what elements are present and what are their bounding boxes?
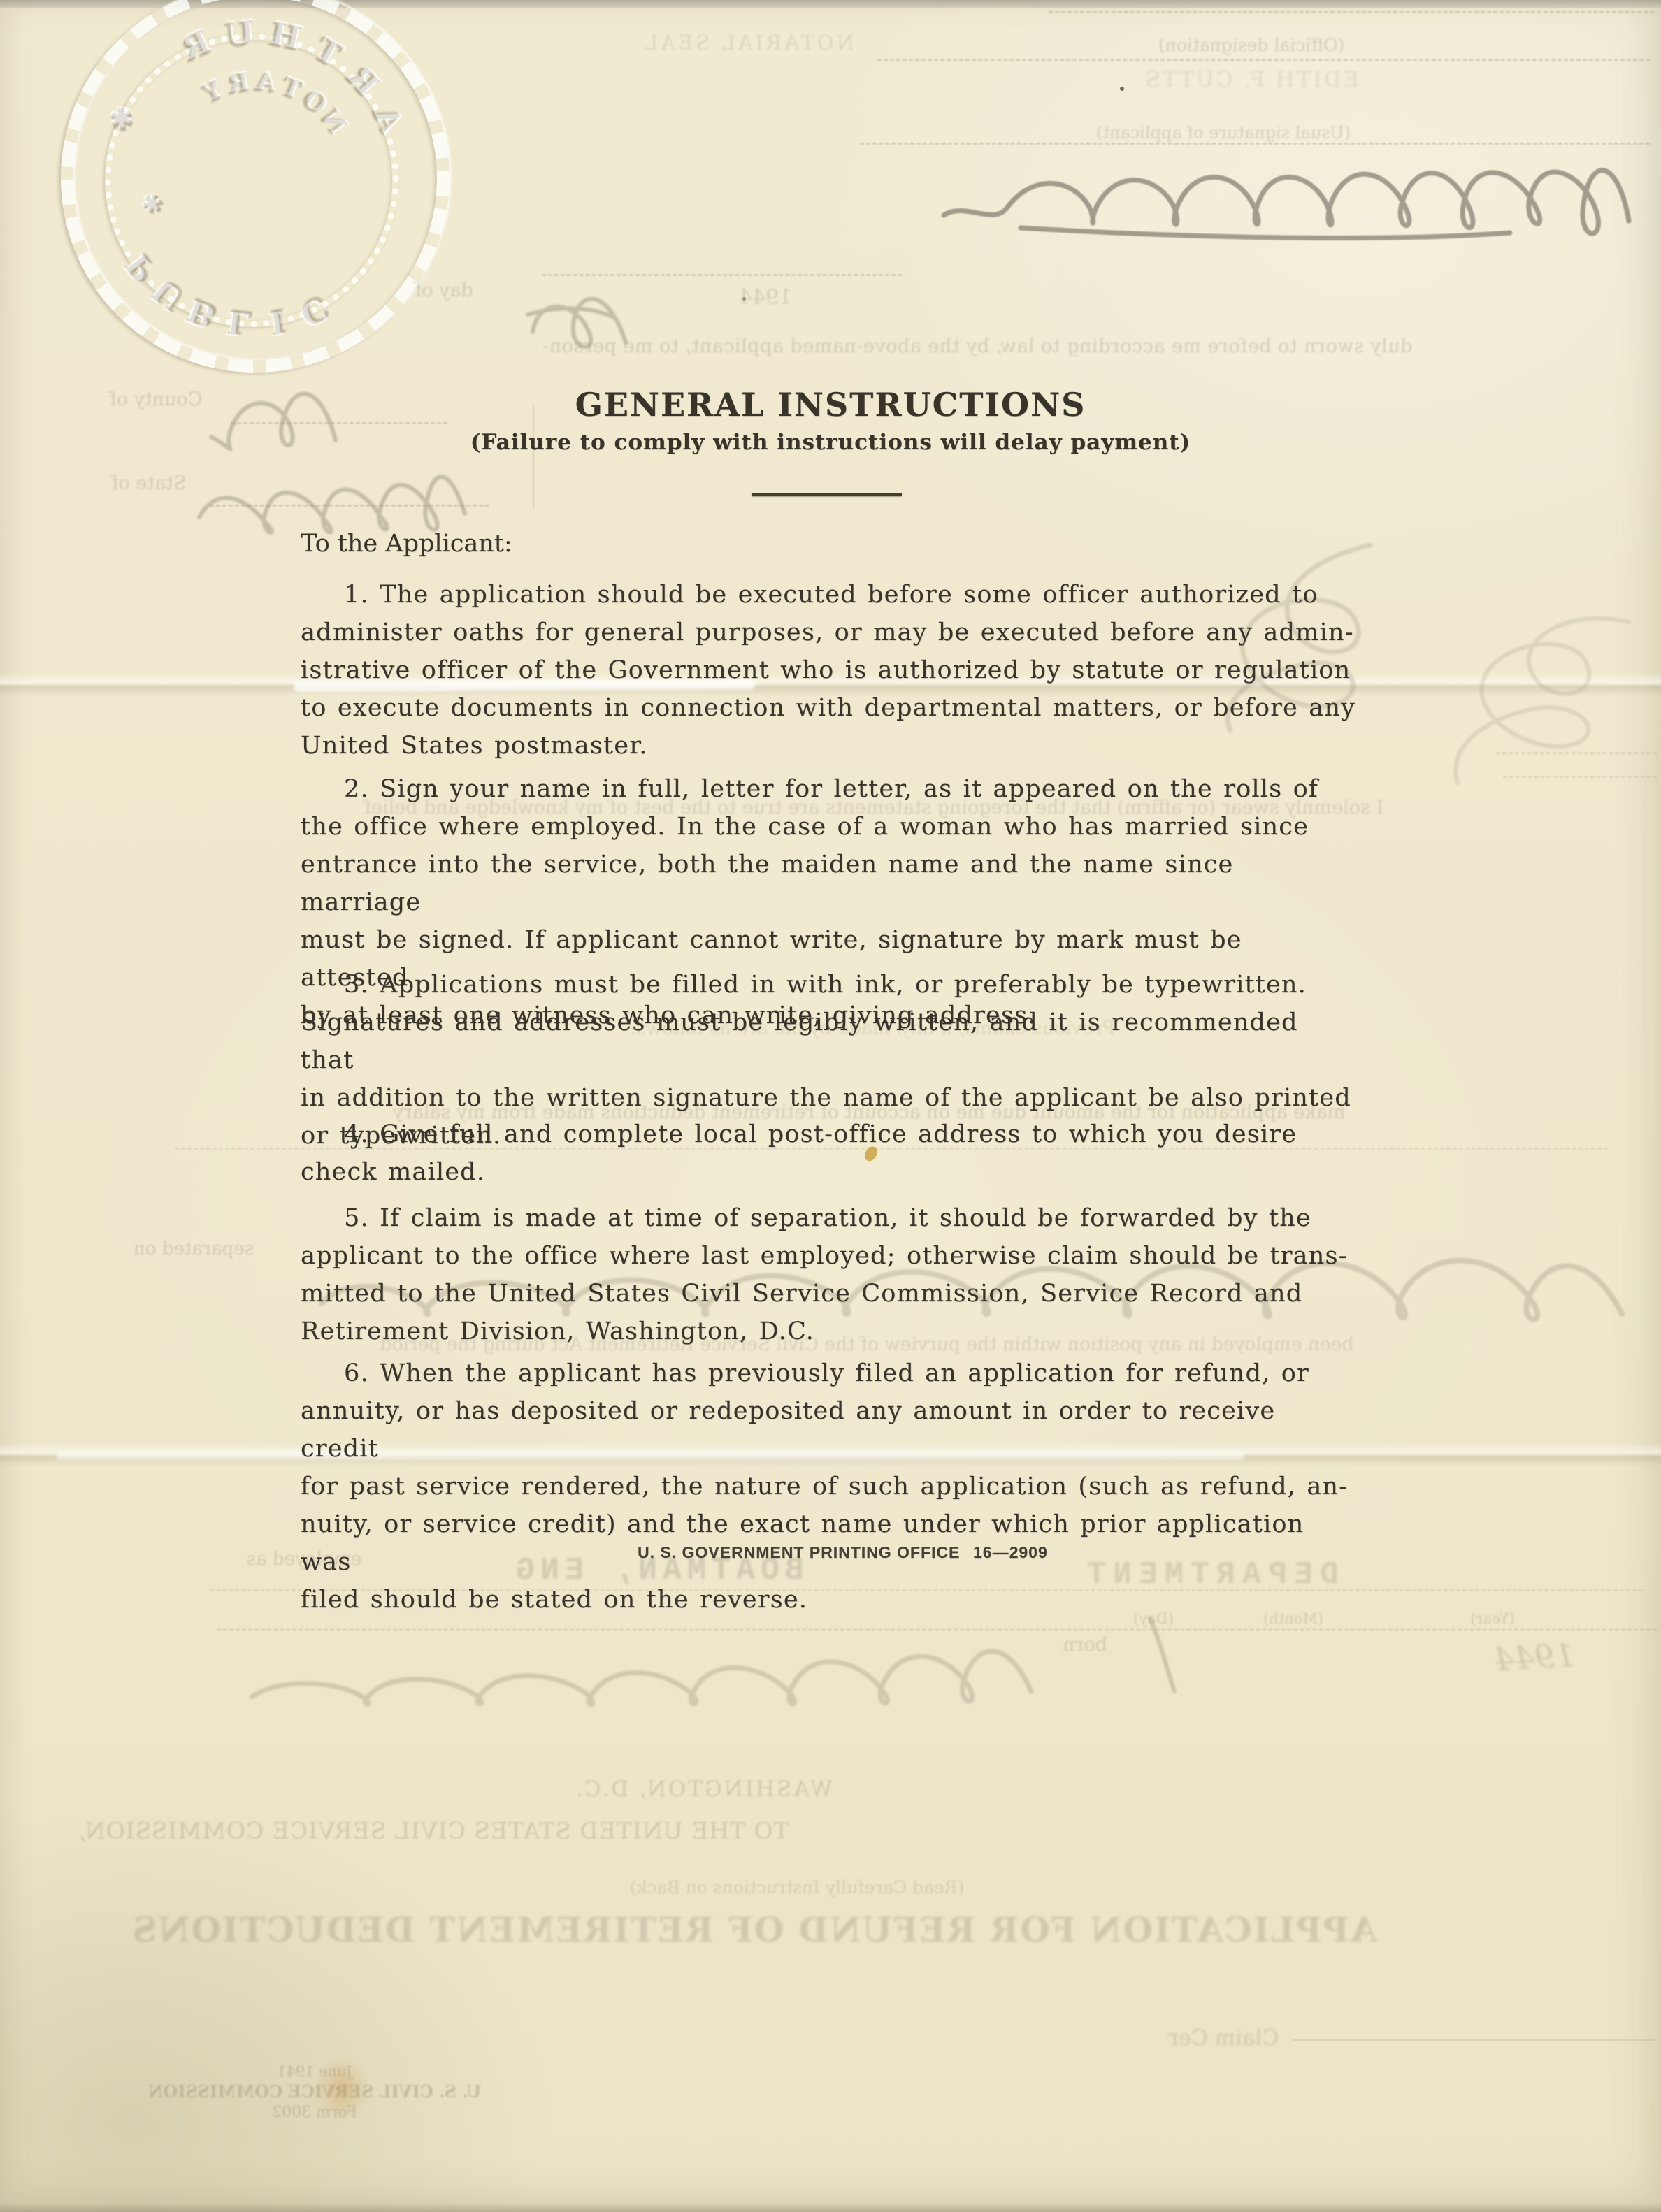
bleed-handwritten-year: 1944 bbox=[1453, 1634, 1616, 1680]
bleed-rule bbox=[210, 505, 489, 507]
seal-letter: U bbox=[224, 13, 256, 54]
bleed-form-title: APPLICATION FOR REFUND OF RETIREMENT DED… bbox=[273, 1909, 1377, 1950]
bleed-washington-dc: WASHINGTON, D.C. bbox=[528, 1777, 878, 1802]
scanned-document-page: ARTHURNOTARYPUBLIC✱✱ NOTARIAL SEAL (Offi… bbox=[0, 0, 1661, 2212]
bleed-rule bbox=[877, 59, 1650, 61]
gpo-imprint: U. S. GOVERNMENT PRINTING OFFICE bbox=[638, 1543, 960, 1562]
bleed-separated-fragment: separated on bbox=[78, 1238, 309, 1259]
instruction-paragraph-5: 5. If claim is made at time of separatio… bbox=[301, 1199, 1360, 1350]
bleed-form-footer-number: Form 3002 bbox=[231, 2104, 398, 2121]
handwritten-date-ink bbox=[238, 1621, 1042, 1719]
page-title: GENERAL INSTRUCTIONS bbox=[0, 386, 1661, 424]
bleed-typed-name: EDITH F. CUTTS bbox=[1112, 67, 1391, 92]
handwritten-ink-loops bbox=[1426, 594, 1657, 797]
bleed-date-label-year: (Year) bbox=[1433, 1610, 1552, 1627]
bleed-to-csc: TO THE UNITED STATES CIVIL SERVICE COMMI… bbox=[70, 1817, 797, 1844]
bleed-form-footer-date: June 1941 bbox=[231, 2063, 398, 2080]
page-subtitle: (Failure to comply with instructions wil… bbox=[0, 430, 1661, 455]
bleed-notarial-seal-caption: NOTARIAL SEAL bbox=[615, 31, 881, 55]
seal-letter: L bbox=[226, 303, 252, 342]
bleed-born-label: born bbox=[1043, 1634, 1127, 1656]
handwritten-signature-ink bbox=[877, 138, 1653, 243]
seal-letter: A bbox=[254, 66, 276, 98]
bleed-sworn-line: duly sworn to before me according to law… bbox=[294, 335, 1661, 357]
bleed-rule bbox=[1293, 2039, 1655, 2041]
bleed-rule bbox=[1049, 11, 1654, 13]
bleed-rule bbox=[1496, 752, 1657, 754]
scan-bottom-edge bbox=[0, 2203, 1661, 2212]
salutation: To the Applicant: bbox=[301, 530, 512, 558]
bleed-claim-fragment: Claim Cer bbox=[1132, 2025, 1314, 2051]
title-divider-rule bbox=[752, 493, 902, 496]
handwritten-slash-ink bbox=[1132, 1607, 1188, 1698]
instruction-paragraph-4: 4. Give full and complete local post-off… bbox=[301, 1115, 1360, 1191]
bleed-rule bbox=[1503, 776, 1657, 778]
bleed-official-designation-label: (Official designation) bbox=[1091, 35, 1412, 55]
bleed-form-footer-agency: U. S. CIVIL SERVICE COMMISSION bbox=[133, 2081, 496, 2102]
bleed-read-carefully: (Read Carefully Instructions on Back) bbox=[594, 1877, 1000, 1897]
instruction-paragraph-6: 6. When the applicant has previously fil… bbox=[301, 1354, 1360, 1619]
instruction-paragraph-1: 1. The application should be executed be… bbox=[301, 576, 1360, 765]
bleed-day-of: day of bbox=[388, 280, 500, 301]
bleed-year: 1944 bbox=[720, 285, 811, 310]
gpo-imprint-code: 16—2909 bbox=[973, 1543, 1048, 1562]
